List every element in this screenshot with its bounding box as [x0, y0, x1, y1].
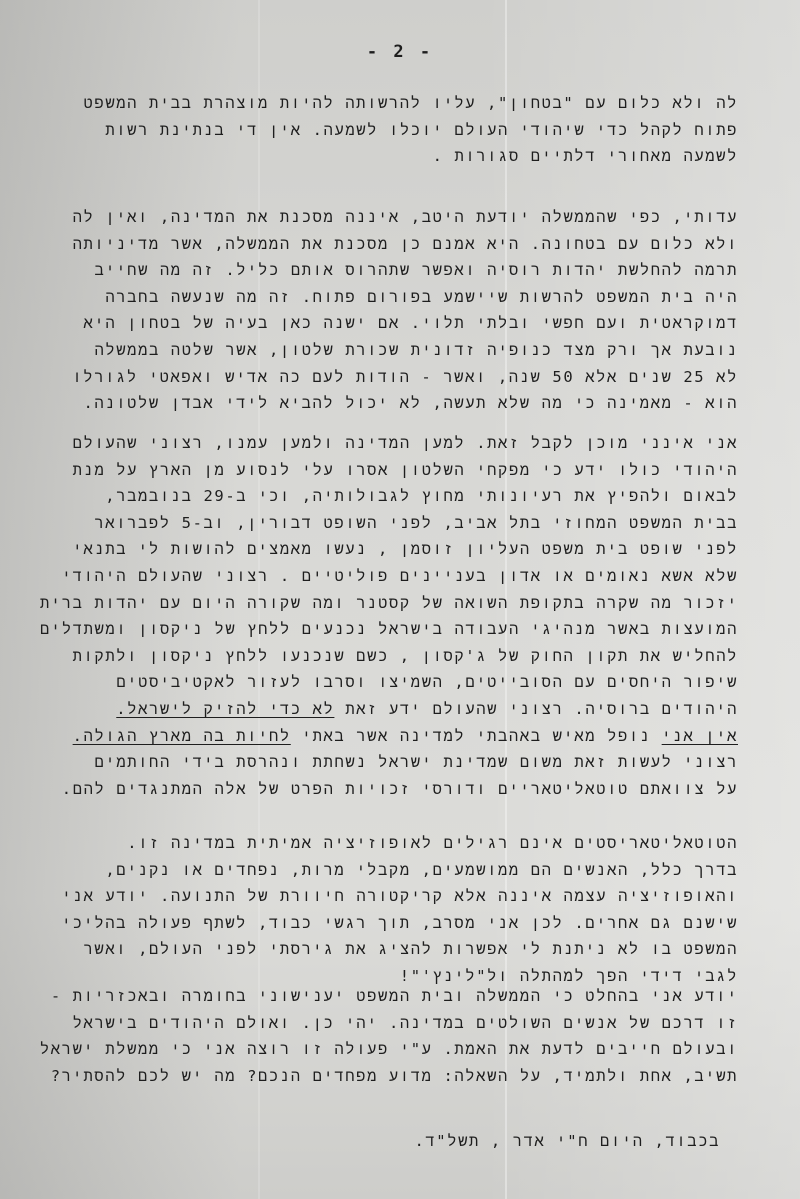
paragraph-4-line: והאופוזיציה עצמה איננה אלא קריקטורה חיוו… — [62, 885, 738, 907]
paragraph-1-line: לה ולא כלום עם "בטחון", עליו להרשותה להי… — [84, 92, 738, 114]
paragraph-3-line: להחליש את תקון החוק של ג'קסון , כשם שנכנ… — [73, 645, 738, 667]
paragraph-3-line: היהודים ברוסיה. רצוני שהעולם ידע זאת לא … — [116, 698, 738, 720]
paragraph-2-line: היה בית המשפט להרשות שיישמע בפורום פתוח.… — [105, 286, 738, 308]
paragraph-1-line: לשמעה מאחורי דלתיים סגורות . — [433, 145, 738, 167]
paragraph-3-line: שלא אשא נאומים או אדון בעניינים פוליטיים… — [62, 565, 738, 587]
paragraph-3-line: על צוואתם טוטאליטאריים ודורסי זכויות הפר… — [62, 778, 738, 800]
paragraph-4-line: שישנם גם אחרים. לכן אני מסרב, תוך רגשי כ… — [62, 912, 738, 934]
paragraph-3-line: בבית המשפט המחוזי בתל אביב, לפני השופט ד… — [94, 512, 738, 534]
paragraph-2-line: עדותי, כפי שהממשלה יודעת היטב, איננה מסכ… — [73, 206, 738, 228]
paragraph-4-line: הטוטאליטאריסטים אינם רגילים לאופוזיציה א… — [127, 832, 738, 854]
paragraph-2-line: הוא - מאמינה כי מה שלא תעשה, לא יכול להב… — [83, 392, 738, 414]
paragraph-2-line: דמוקראטית ועם חפשי ובלתי תלוי. אם ישנה כ… — [84, 312, 738, 334]
paragraph-2-line: ולא כלום עם בטחונה. היא אמנם כן מסכנת את… — [73, 233, 738, 255]
closing-text: בכבוד, היום ח"י אדר , תשל"ד. — [414, 1132, 720, 1150]
paragraph-2-line: תרמה להחלשת יהדות רוסיה ואפשר שתהרוס אות… — [94, 259, 738, 281]
paragraph-5-line: זו דרכם של אנשים השולטים במדינה. יהי כן.… — [73, 1012, 738, 1034]
paragraph-3-line: לפני שופט בית משפט העליון זוסמן , נעשו מ… — [73, 538, 738, 560]
paragraph-3-line: יזכור מה שקרה בתקופת השואה של קסטנר ומה … — [40, 592, 738, 614]
paragraph-3-line: אני אינני מוכן לקבל זאת. למען המדינה ולמ… — [73, 432, 738, 454]
paragraph-5-line: ובעולם חייבים לדעת את האמת. ע"י פעולה זו… — [40, 1038, 738, 1060]
paragraph-3-line: היהודי כולו ידע כי מפקחי השלטון אסרו עלי… — [73, 459, 738, 481]
paragraph-1-line: פתוח לקהל כדי שיהודי העולם יוכלו לשמעה. … — [105, 119, 738, 141]
paragraph-3-line: שיפור היחסים עם הסובייטים, השמיצו וסרבו … — [116, 671, 738, 693]
paragraph-3-line: אין אני נופל מאיש באהבתי למדינה אשר באתי… — [73, 725, 738, 747]
paragraph-4-line: המשפט בו לא ניתנת לי אפשרות להציג את גיר… — [84, 938, 738, 960]
paragraph-2-line: נובעת אך ורק מצד כנופיה זדונית שכורת שלט… — [94, 339, 738, 361]
paragraph-4-line: לגבי דידי הפך למהתלה ול"לינץ'"! — [400, 965, 738, 987]
page-number: - 2 - — [0, 42, 800, 62]
paragraph-3-line: לבאום ולהפיץ את רעיונותי מחוץ לגבולותיה,… — [105, 485, 738, 507]
closing-line: בכבוד, היום ח"י אדר , תשל"ד. — [414, 1130, 720, 1152]
paragraph-5-line: יודע אני בהחלט כי הממשלה ובית המשפט יעני… — [51, 985, 738, 1007]
paragraph-5-line: תשיב, אחת ולתמיד, על השאלה: מדוע מפחדים … — [51, 1065, 738, 1087]
paragraph-2-line: לא 25 שנים אלא 50 שנה, ואשר - הודות לעם … — [72, 366, 738, 388]
paragraph-4-line: בדרך כלל, האנשים הם ממושמעים, מקבלי מרות… — [105, 859, 738, 881]
scanned-page: - 2 - לה ולא כלום עם "בטחון", עליו להרשו… — [0, 0, 800, 1199]
paragraph-3-line: רצוני לעשות זאת משום שמדינת ישראל נשחתת … — [95, 751, 738, 773]
paragraph-3-line: המועצות באשר מנהיגי העבודה בישראל נכנעים… — [40, 618, 738, 640]
